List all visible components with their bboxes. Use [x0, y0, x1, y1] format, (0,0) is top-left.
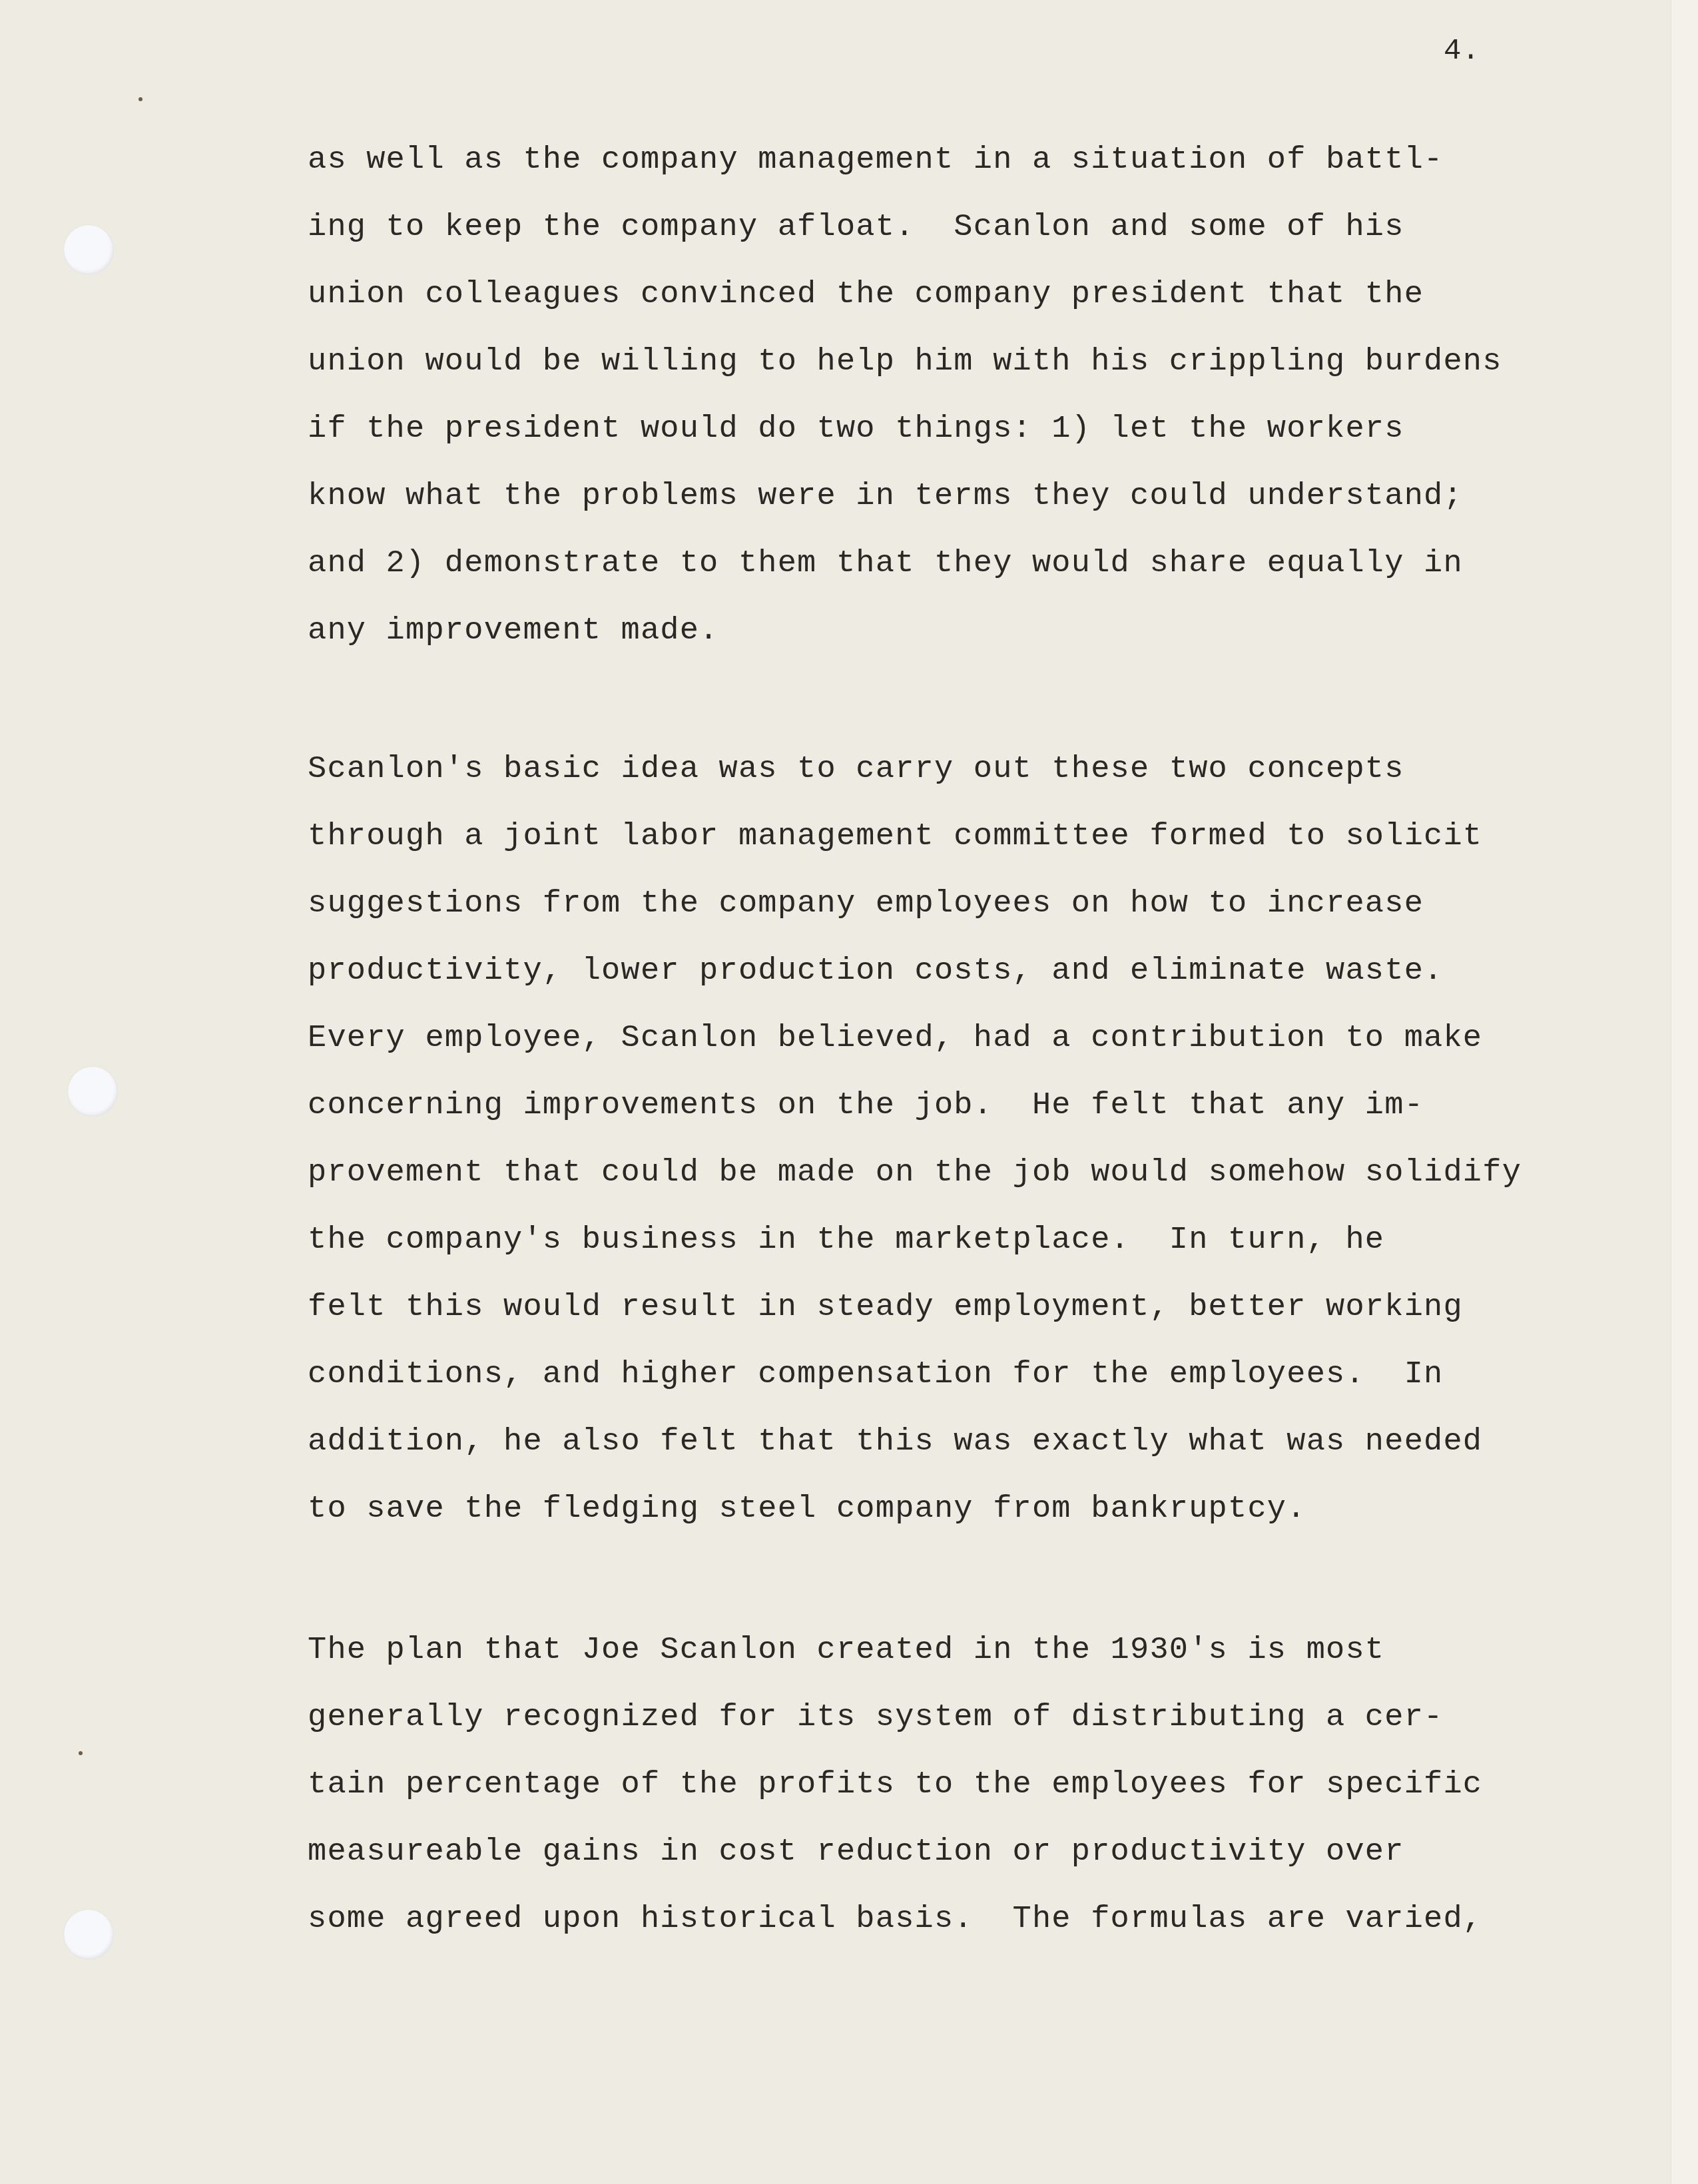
text-line: the company's business in the marketplac… — [308, 1207, 1522, 1274]
text-line: if the president would do two things: 1)… — [308, 396, 1502, 463]
text-line: addition, he also felt that this was exa… — [308, 1408, 1522, 1476]
text-line: productivity, lower production costs, an… — [308, 938, 1522, 1005]
punch-hole-middle — [68, 1067, 117, 1116]
text-line: The plan that Joe Scanlon created in the… — [308, 1617, 1482, 1684]
text-line: know what the problems were in terms the… — [308, 463, 1502, 530]
page-number: 4. — [1444, 35, 1480, 68]
page-edge — [1671, 0, 1698, 2184]
text-line: provement that could be made on the job … — [308, 1139, 1522, 1207]
text-line: Scanlon's basic idea was to carry out th… — [308, 736, 1522, 803]
paragraph-2: Scanlon's basic idea was to carry out th… — [308, 736, 1522, 1543]
paper-speck — [79, 1751, 83, 1755]
text-line: and 2) demonstrate to them that they wou… — [308, 530, 1502, 597]
text-line: felt this would result in steady employm… — [308, 1274, 1522, 1341]
paper-speck — [139, 97, 142, 101]
punch-hole-bottom — [64, 1910, 113, 1959]
text-line: through a joint labor management committ… — [308, 803, 1522, 870]
paragraph-1: as well as the company management in a s… — [308, 127, 1502, 665]
text-line: suggestions from the company employees o… — [308, 870, 1522, 938]
text-line: to save the fledging steel company from … — [308, 1476, 1522, 1543]
text-line: tain percentage of the profits to the em… — [308, 1751, 1482, 1818]
text-line: any improvement made. — [308, 597, 1502, 665]
text-line: some agreed upon historical basis. The f… — [308, 1886, 1482, 1953]
text-line: conditions, and higher compensation for … — [308, 1341, 1522, 1408]
text-line: union would be willing to help him with … — [308, 328, 1502, 396]
text-line: measureable gains in cost reduction or p… — [308, 1818, 1482, 1886]
document-page: 4. as well as the company management in … — [0, 0, 1698, 2184]
punch-hole-top — [64, 225, 113, 274]
text-line: generally recognized for its system of d… — [308, 1684, 1482, 1751]
text-line: as well as the company management in a s… — [308, 127, 1502, 194]
text-line: ing to keep the company afloat. Scanlon … — [308, 194, 1502, 261]
text-line: Every employee, Scanlon believed, had a … — [308, 1005, 1522, 1072]
text-line: concerning improvements on the job. He f… — [308, 1072, 1522, 1139]
paragraph-3: The plan that Joe Scanlon created in the… — [308, 1617, 1482, 1953]
text-line: union colleagues convinced the company p… — [308, 261, 1502, 328]
